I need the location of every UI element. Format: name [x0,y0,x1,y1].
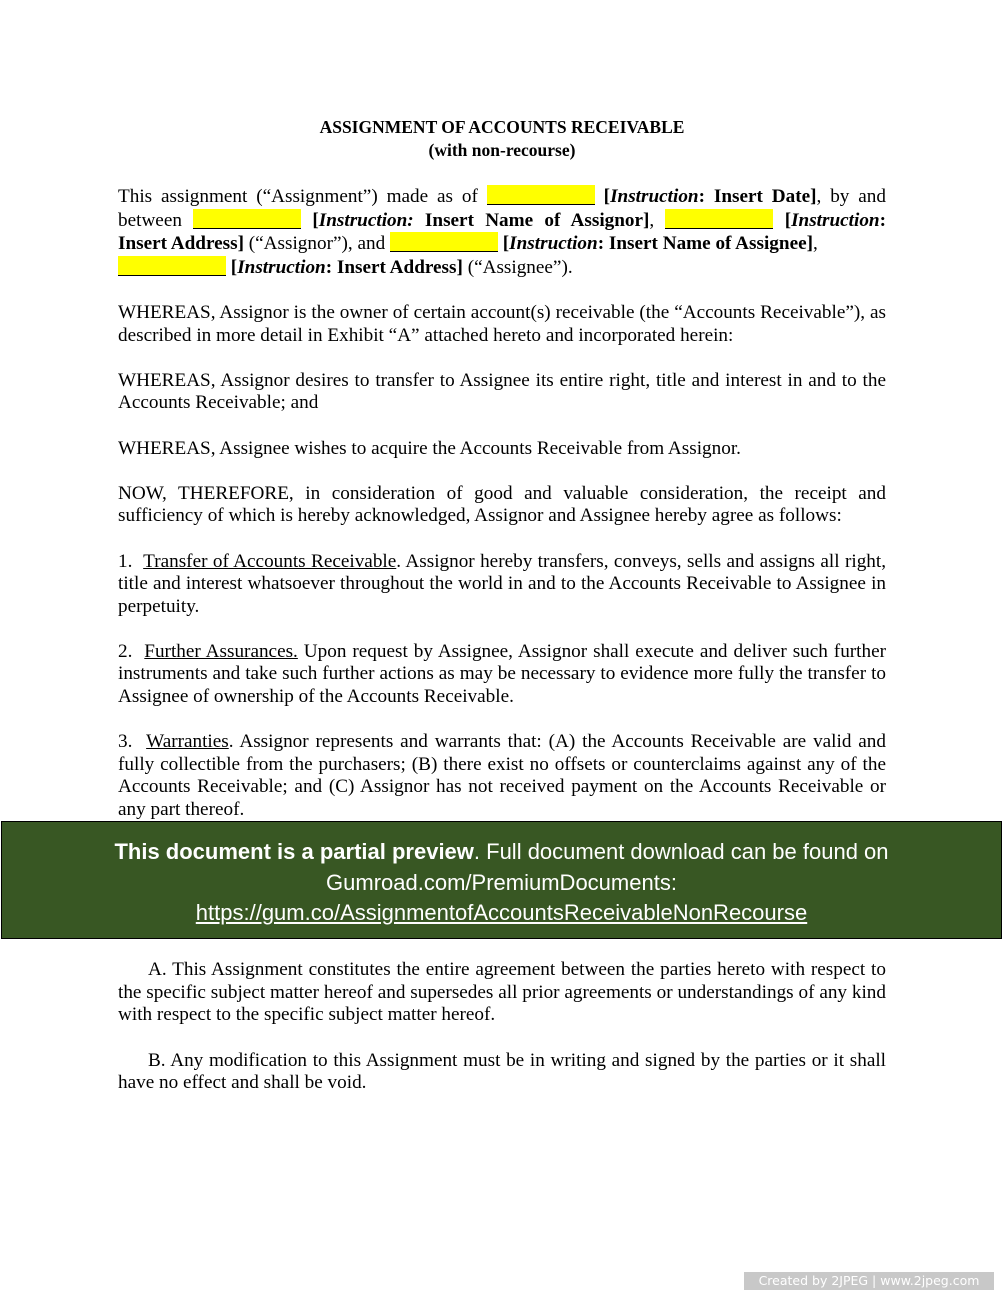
section-1: 1. Transfer of Accounts Receivable. Assi… [118,551,886,619]
assignor-address-blank-field[interactable] [665,209,773,229]
instruction-date: [Instruction: Insert Date] [604,186,817,207]
section-3: 3. Warranties. Assignor represents and w… [118,731,886,821]
misc-b: B. Any modification to this Assignment m… [118,1050,886,1095]
document-subtitle: (with non-recourse) [118,139,886,162]
watermark: Created by 2JPEG | www.2jpeg.com [744,1272,994,1290]
instruction-assignee-address: [Instruction: Insert Address] [231,257,463,278]
date-blank-field[interactable] [487,185,595,205]
intro-text: , [649,210,665,231]
misc-a: A. This Assignment constitutes the entir… [118,959,886,1027]
assignee-name-blank-field[interactable] [390,232,498,252]
download-link[interactable]: https://gum.co/AssignmentofAccountsRecei… [196,900,807,925]
intro-text: (“Assignor”), and [244,233,390,254]
instruction-assignee-name: [Instruction: Insert Name of Assignee] [503,233,813,254]
assignor-name-blank-field[interactable] [193,209,301,229]
whereas-3: WHEREAS, Assignee wishes to acquire the … [118,438,886,461]
document-page: ASSIGNMENT OF ACCOUNTS RECEIVABLE (with … [118,116,886,1095]
partial-preview-banner: This document is a partial preview. Full… [1,821,1002,939]
whereas-2: WHEREAS, Assignor desires to transfer to… [118,370,886,415]
banner-line-1: This document is a partial preview. Full… [2,837,1001,868]
instruction-assignor-name: [Instruction: Insert Name of Assignor] [312,210,649,231]
section-2: 2. Further Assurances. Upon request by A… [118,641,886,709]
intro-text: (“Assignee”). [463,257,573,278]
document-title: ASSIGNMENT OF ACCOUNTS RECEIVABLE [118,116,886,139]
banner-line-2: Gumroad.com/PremiumDocuments: [2,868,1001,899]
whereas-1: WHEREAS, Assignor is the owner of certai… [118,302,886,347]
intro-paragraph: This assignment (“Assignment”) made as o… [118,185,886,279]
intro-text: , [813,233,818,254]
now-therefore: NOW, THEREFORE, in consideration of good… [118,483,886,528]
section-2-heading: Further Assurances. [144,641,298,662]
section-3-heading: Warranties [146,731,229,752]
section-1-heading: Transfer of Accounts Receivable [143,551,396,572]
assignee-address-blank-field[interactable] [118,256,226,276]
intro-text: This assignment (“Assignment”) made as o… [118,186,487,207]
